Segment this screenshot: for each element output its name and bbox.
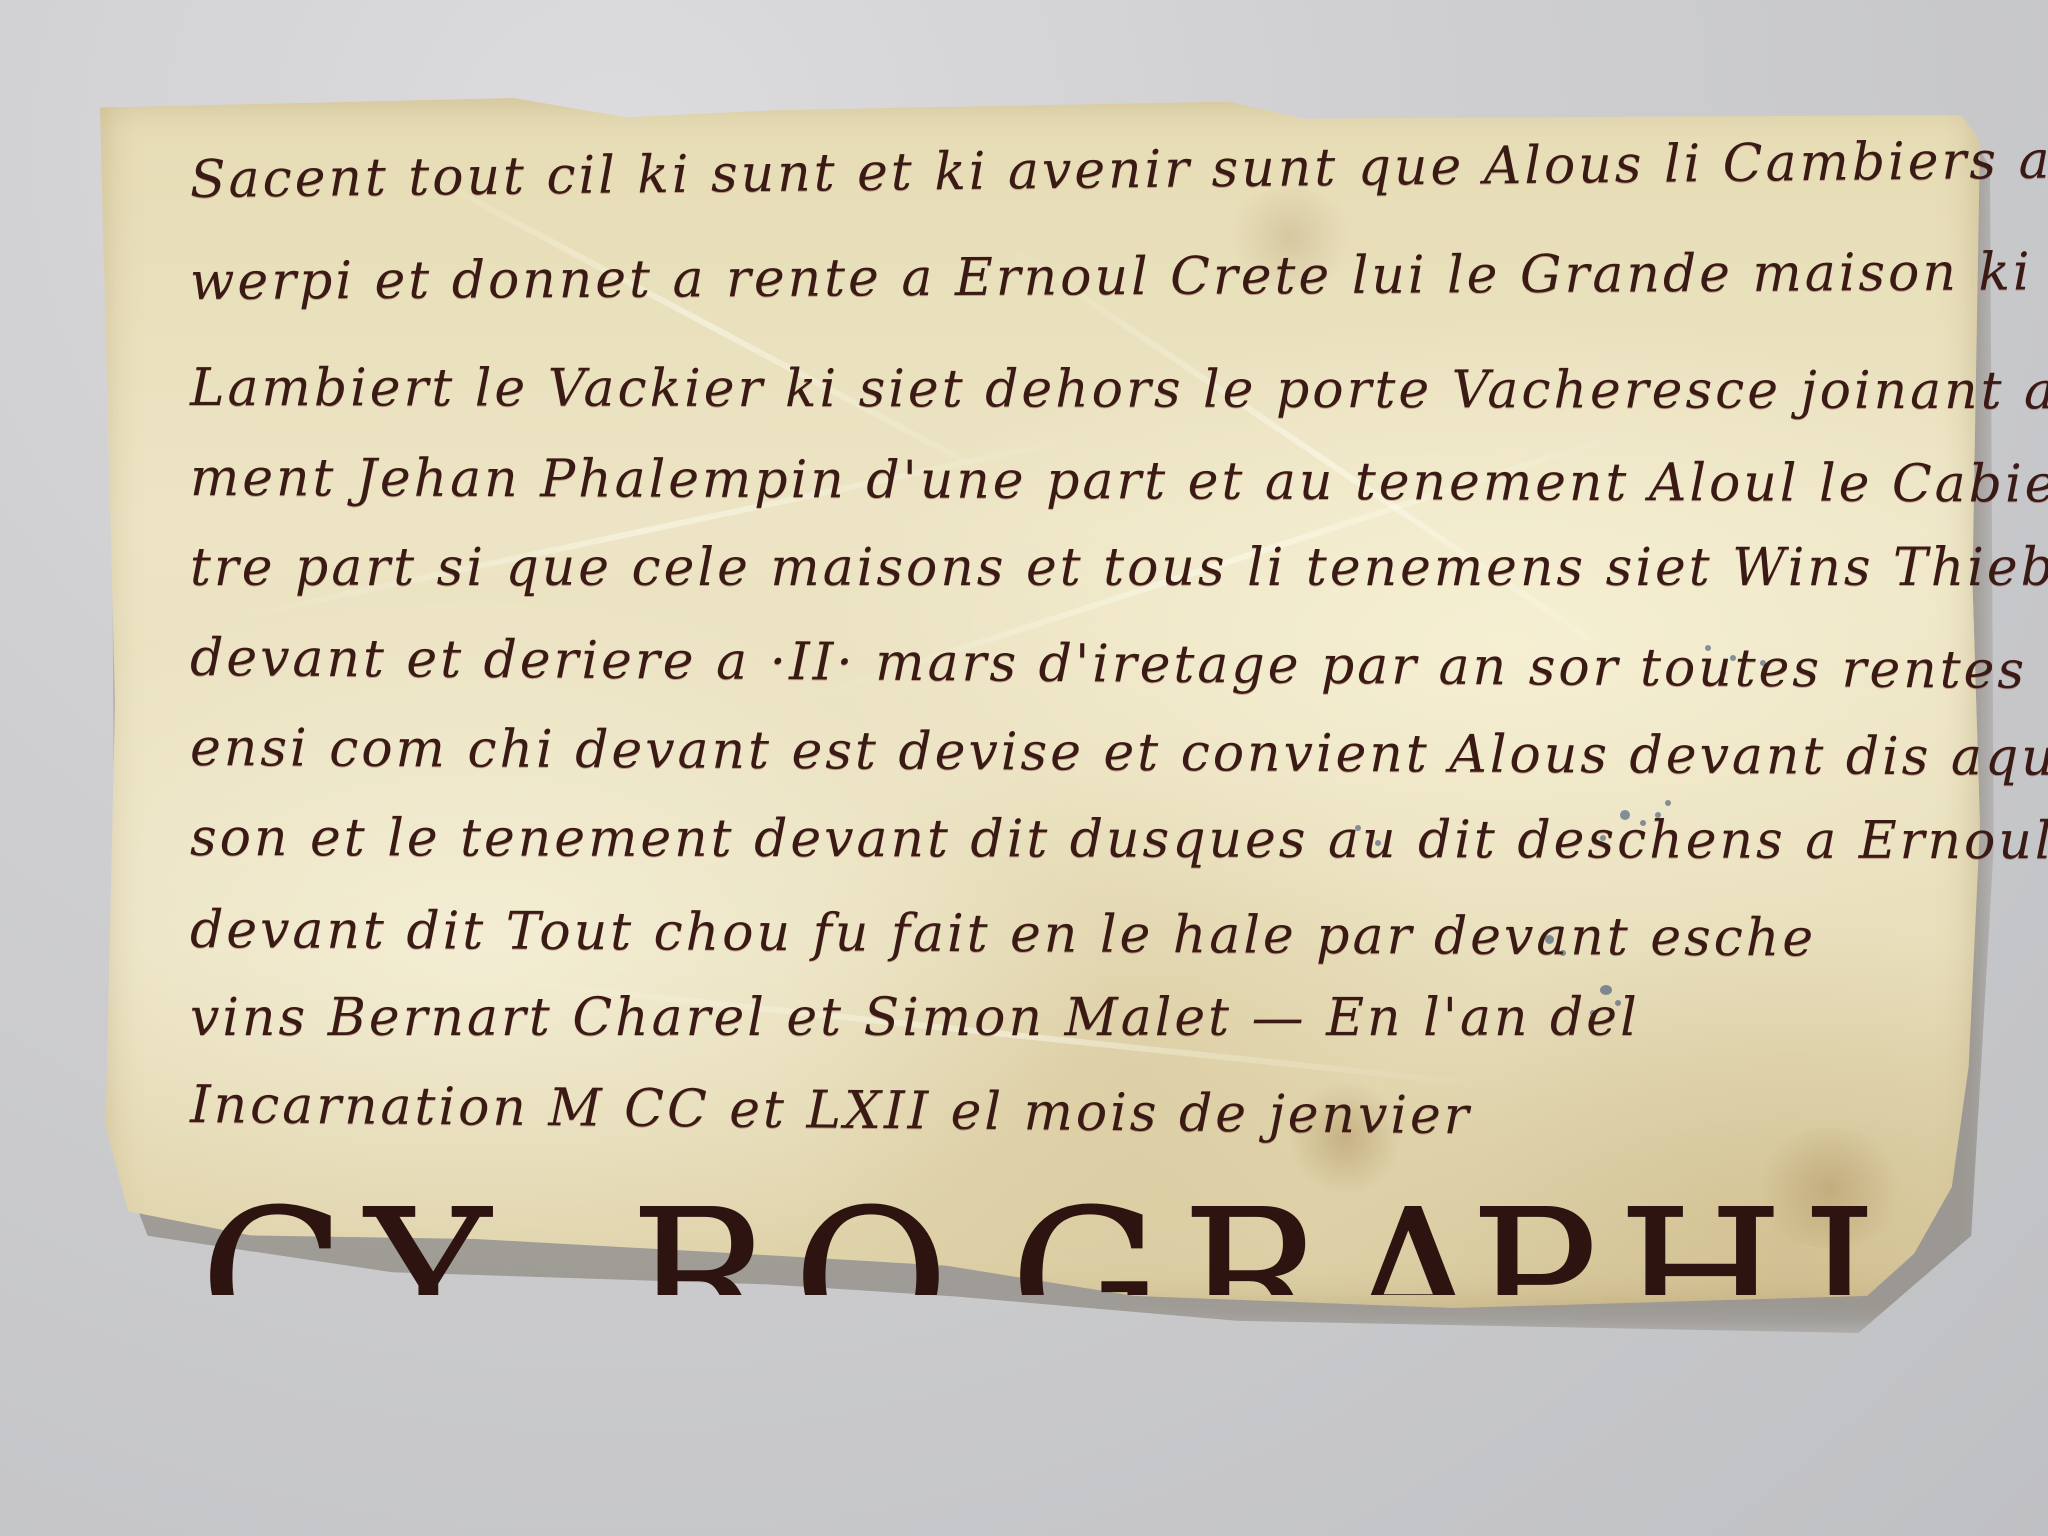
manuscript-line-11: Incarnation M CC et LXII el mois de jenv… bbox=[190, 1075, 1472, 1166]
manuscript-line-4: ment Jehan Phalempin d'une part et au te… bbox=[190, 448, 2048, 535]
chirograph-letter: RO bbox=[630, 1185, 969, 1295]
chirograph-cut-letters: CY RO GRA PHUM bbox=[180, 1175, 1900, 1295]
chirograph-letter: GRA bbox=[1010, 1185, 1502, 1295]
manuscript-line-7: ensi com chi devant est devise et convie… bbox=[190, 718, 2048, 809]
manuscript-line-8: son et le tenement devant dit dusques au… bbox=[190, 808, 2048, 891]
manuscript-line-6: devant et deriere a ·II· mars d'iretage … bbox=[190, 628, 2048, 722]
manuscript-line-10: vins Bernart Charel et Simon Malet — En … bbox=[190, 988, 1640, 1068]
chirograph-letter: CY bbox=[200, 1185, 511, 1295]
manuscript-line-2: werpi et donnet a rente a Ernoul Crete l… bbox=[190, 242, 2048, 332]
manuscript-line-9: devant dit Tout chou fu fait en le hale … bbox=[190, 900, 1817, 989]
manuscript-line-3: Lambiert le Vackier ki siet dehors le po… bbox=[190, 358, 2048, 442]
manuscript-line-5: tre part si que cele maisons et tous li … bbox=[190, 538, 2048, 618]
chirograph-letter: PHUM bbox=[1470, 1185, 1900, 1295]
